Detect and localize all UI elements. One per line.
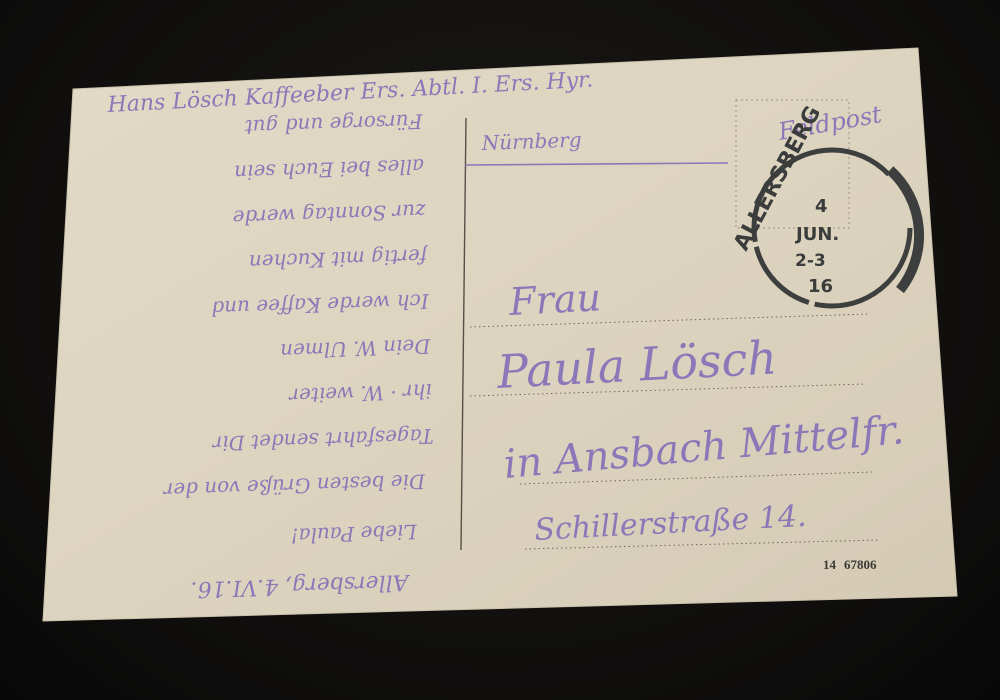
printer-number-code: 67806 — [844, 557, 877, 572]
printer-number-prefix: 14 — [823, 557, 837, 572]
postmark-day: 4 — [815, 196, 828, 217]
postmark-time: 2-3 — [795, 251, 826, 271]
svg-text:ihr · W. weiter: ihr · W. weiter — [288, 379, 433, 408]
svg-text:Liebe Paula!: Liebe Paula! — [290, 520, 418, 548]
postmark-month: JUN. — [794, 224, 839, 245]
sender-place: Nürnberg — [480, 128, 582, 156]
postcard-scene: Hans Lösch Kaffeeber Ers. Abtl. I. Ers. … — [0, 0, 1000, 700]
postmark-year: 16 — [808, 276, 833, 297]
address-salutation: Frau — [507, 275, 602, 324]
